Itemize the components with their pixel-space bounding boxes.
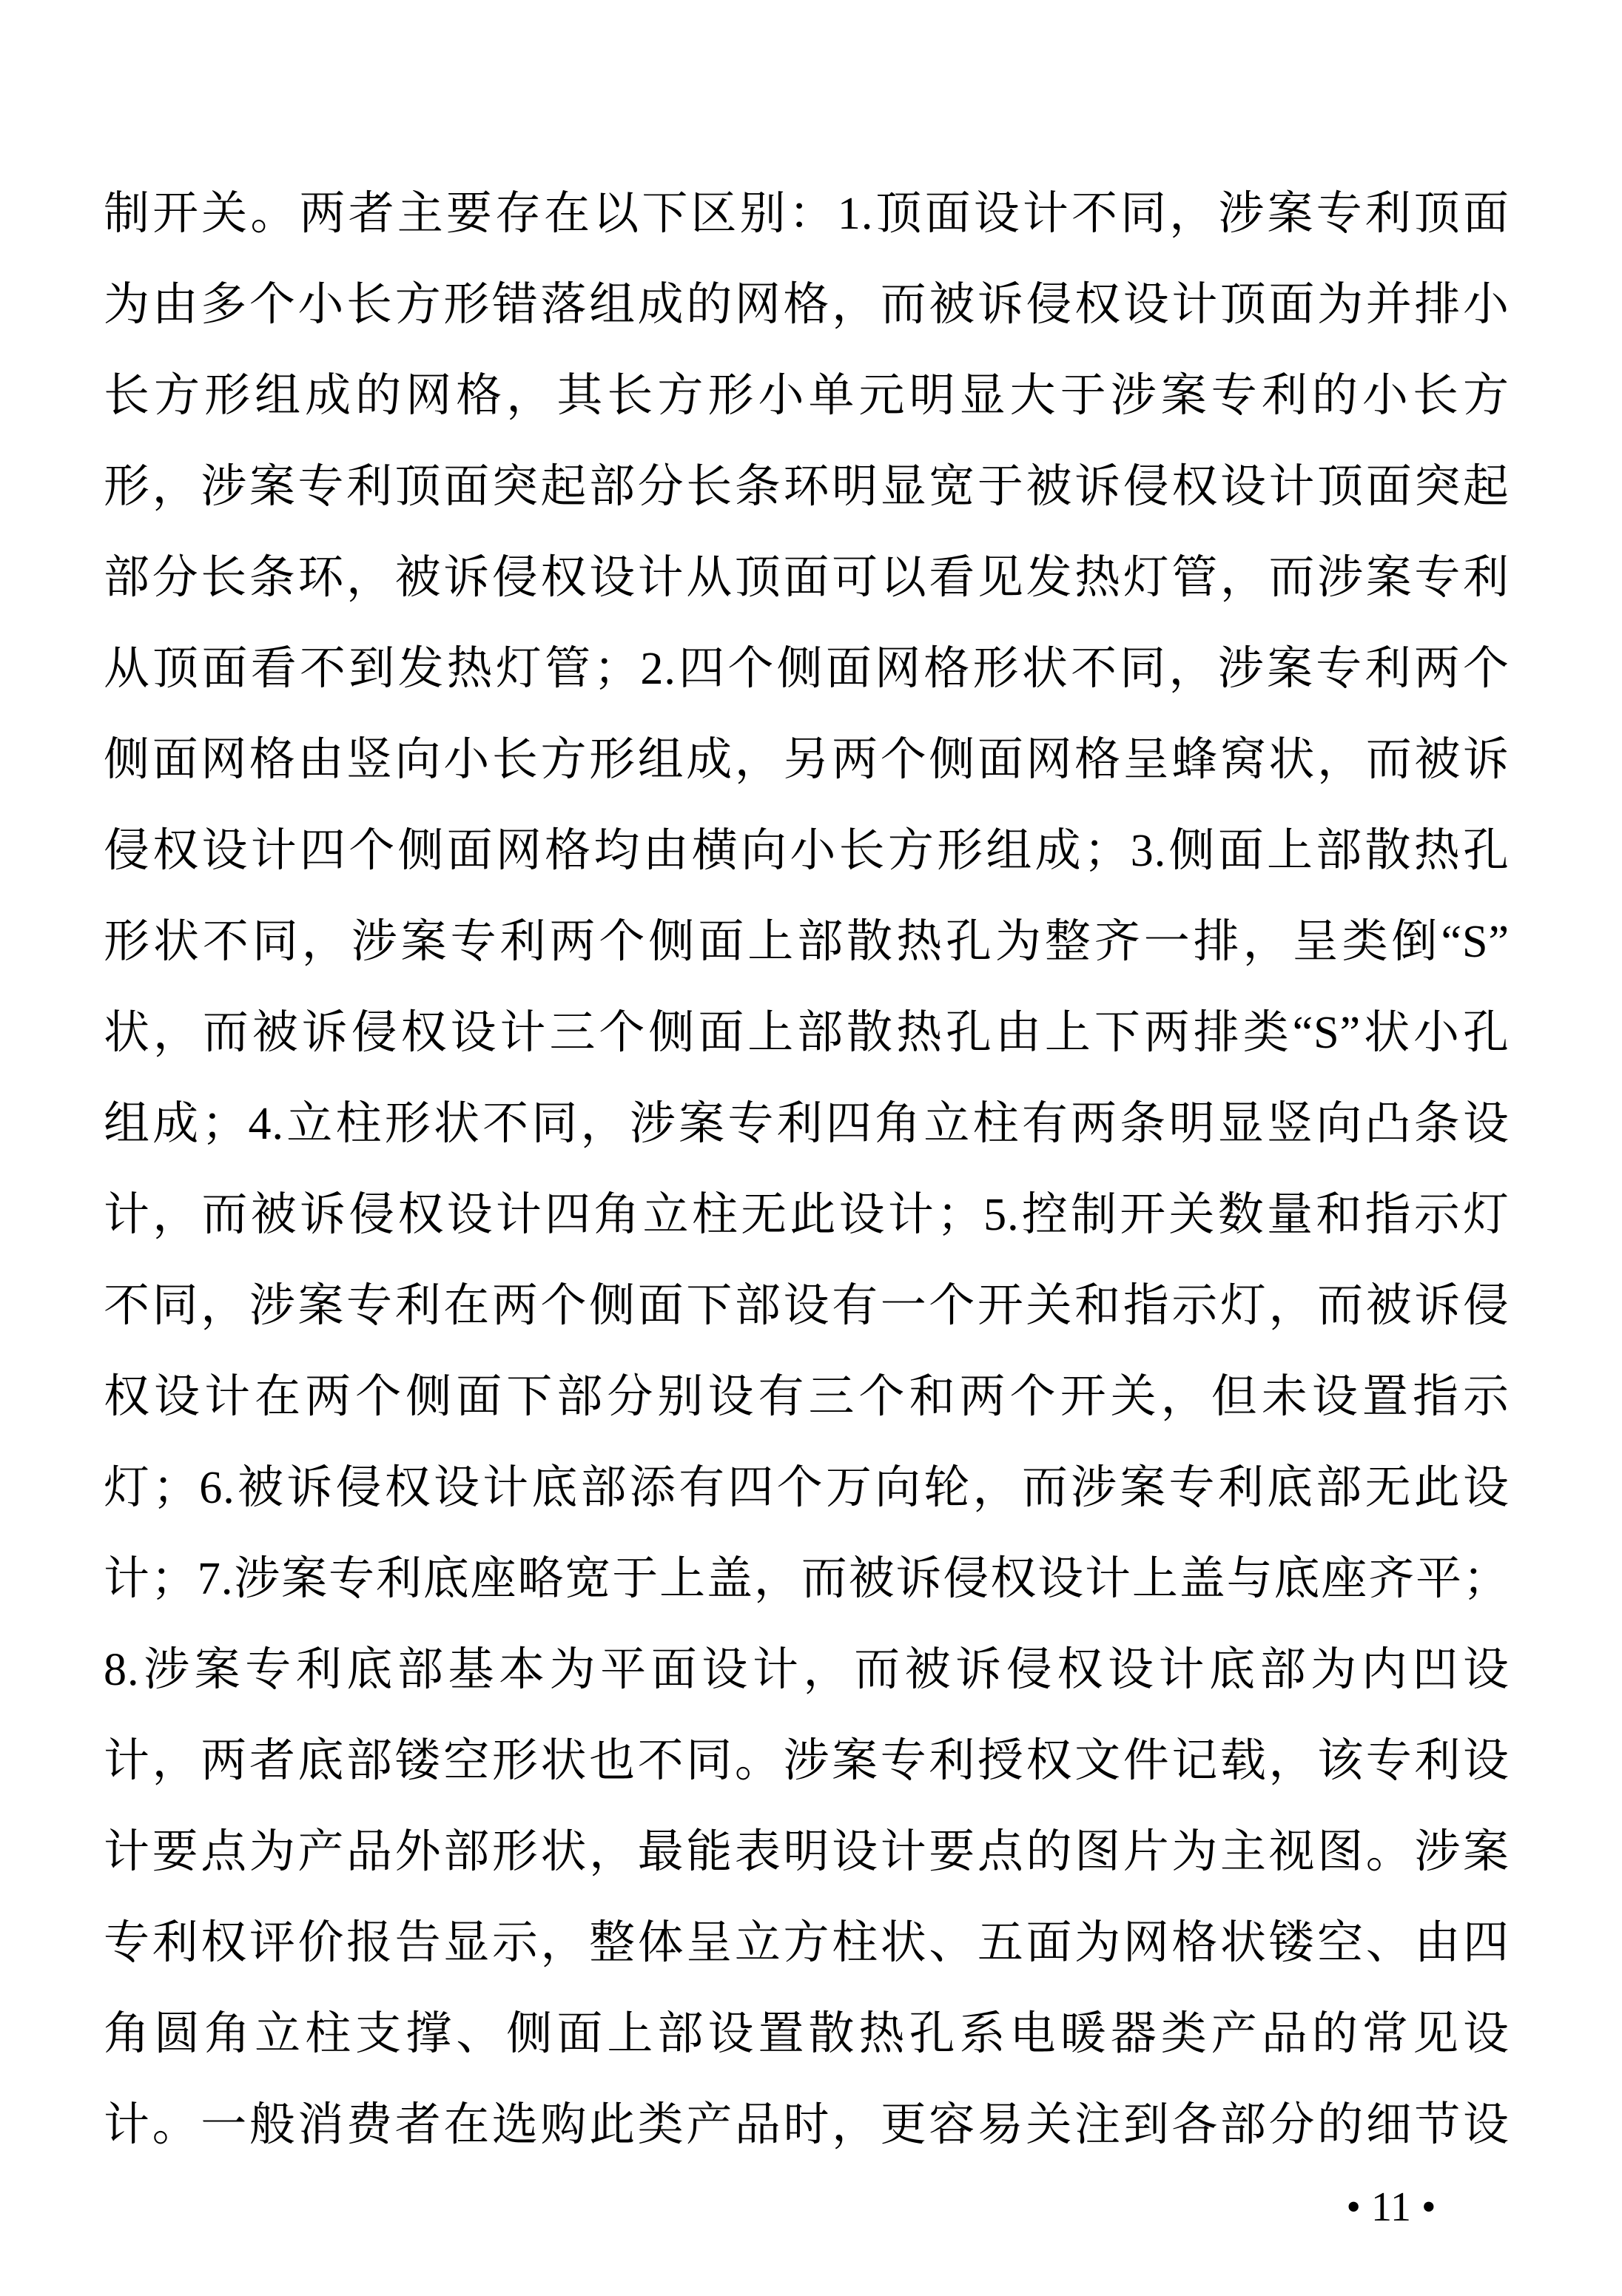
text-line-11: 组成；4.立柱形状不同，涉案专利四角立柱有两条明显竖向凸条设 — [104, 1079, 1510, 1170]
text-line-4: 形，涉案专利顶面突起部分长条环明显宽于被诉侵权设计顶面突起 — [104, 442, 1510, 533]
text-line-3: 长方形组成的网格，其长方形小单元明显大于涉案专利的小长方 — [104, 351, 1510, 442]
text-line-7: 侧面网格由竖向小长方形组成，另两个侧面网格呈蜂窝状，而被诉 — [104, 715, 1510, 806]
document-page: 制开关。两者主要存在以下区别：1.顶面设计不同，涉案专利顶面 为由多个小长方形错… — [0, 0, 1622, 2296]
text-line-10: 状，而被诉侵权设计三个侧面上部散热孔由上下两排类“S”状小孔 — [104, 988, 1510, 1079]
text-line-1: 制开关。两者主要存在以下区别：1.顶面设计不同，涉案专利顶面 — [104, 169, 1510, 260]
text-line-2: 为由多个小长方形错落组成的网格，而被诉侵权设计顶面为并排小 — [104, 260, 1510, 351]
text-line-17: 8.涉案专利底部基本为平面设计，而被诉侵权设计底部为内凹设 — [104, 1625, 1510, 1716]
text-line-14: 权设计在两个侧面下部分别设有三个和两个开关，但未设置指示 — [104, 1352, 1510, 1443]
text-line-22: 计。一般消费者在选购此类产品时，更容易关注到各部分的细节设 — [104, 2080, 1510, 2171]
body-text: 制开关。两者主要存在以下区别：1.顶面设计不同，涉案专利顶面 为由多个小长方形错… — [104, 169, 1510, 2171]
text-line-13: 不同，涉案专利在两个侧面下部设有一个开关和指示灯，而被诉侵 — [104, 1261, 1510, 1352]
text-line-9: 形状不同，涉案专利两个侧面上部散热孔为整齐一排，呈类倒“S” — [104, 897, 1510, 988]
text-line-8: 侵权设计四个侧面网格均由横向小长方形组成；3.侧面上部散热孔 — [104, 806, 1510, 897]
page-number: • 11 • — [1325, 2181, 1458, 2233]
text-line-12: 计，而被诉侵权设计四角立柱无此设计；5.控制开关数量和指示灯 — [104, 1170, 1510, 1261]
text-line-6: 从顶面看不到发热灯管；2.四个侧面网格形状不同，涉案专利两个 — [104, 624, 1510, 715]
text-line-5: 部分长条环，被诉侵权设计从顶面可以看见发热灯管，而涉案专利 — [104, 533, 1510, 624]
text-line-15: 灯；6.被诉侵权设计底部添有四个万向轮，而涉案专利底部无此设 — [104, 1443, 1510, 1534]
text-line-21: 角圆角立柱支撑、侧面上部设置散热孔系电暖器类产品的常见设 — [104, 1989, 1510, 2080]
text-line-16: 计；7.涉案专利底座略宽于上盖，而被诉侵权设计上盖与底座齐平； — [104, 1534, 1510, 1625]
text-line-20: 专利权评价报告显示，整体呈立方柱状、五面为网格状镂空、由四 — [104, 1898, 1510, 1989]
text-line-19: 计要点为产品外部形状，最能表明设计要点的图片为主视图。涉案 — [104, 1807, 1510, 1898]
text-line-18: 计，两者底部镂空形状也不同。涉案专利授权文件记载，该专利设 — [104, 1716, 1510, 1807]
